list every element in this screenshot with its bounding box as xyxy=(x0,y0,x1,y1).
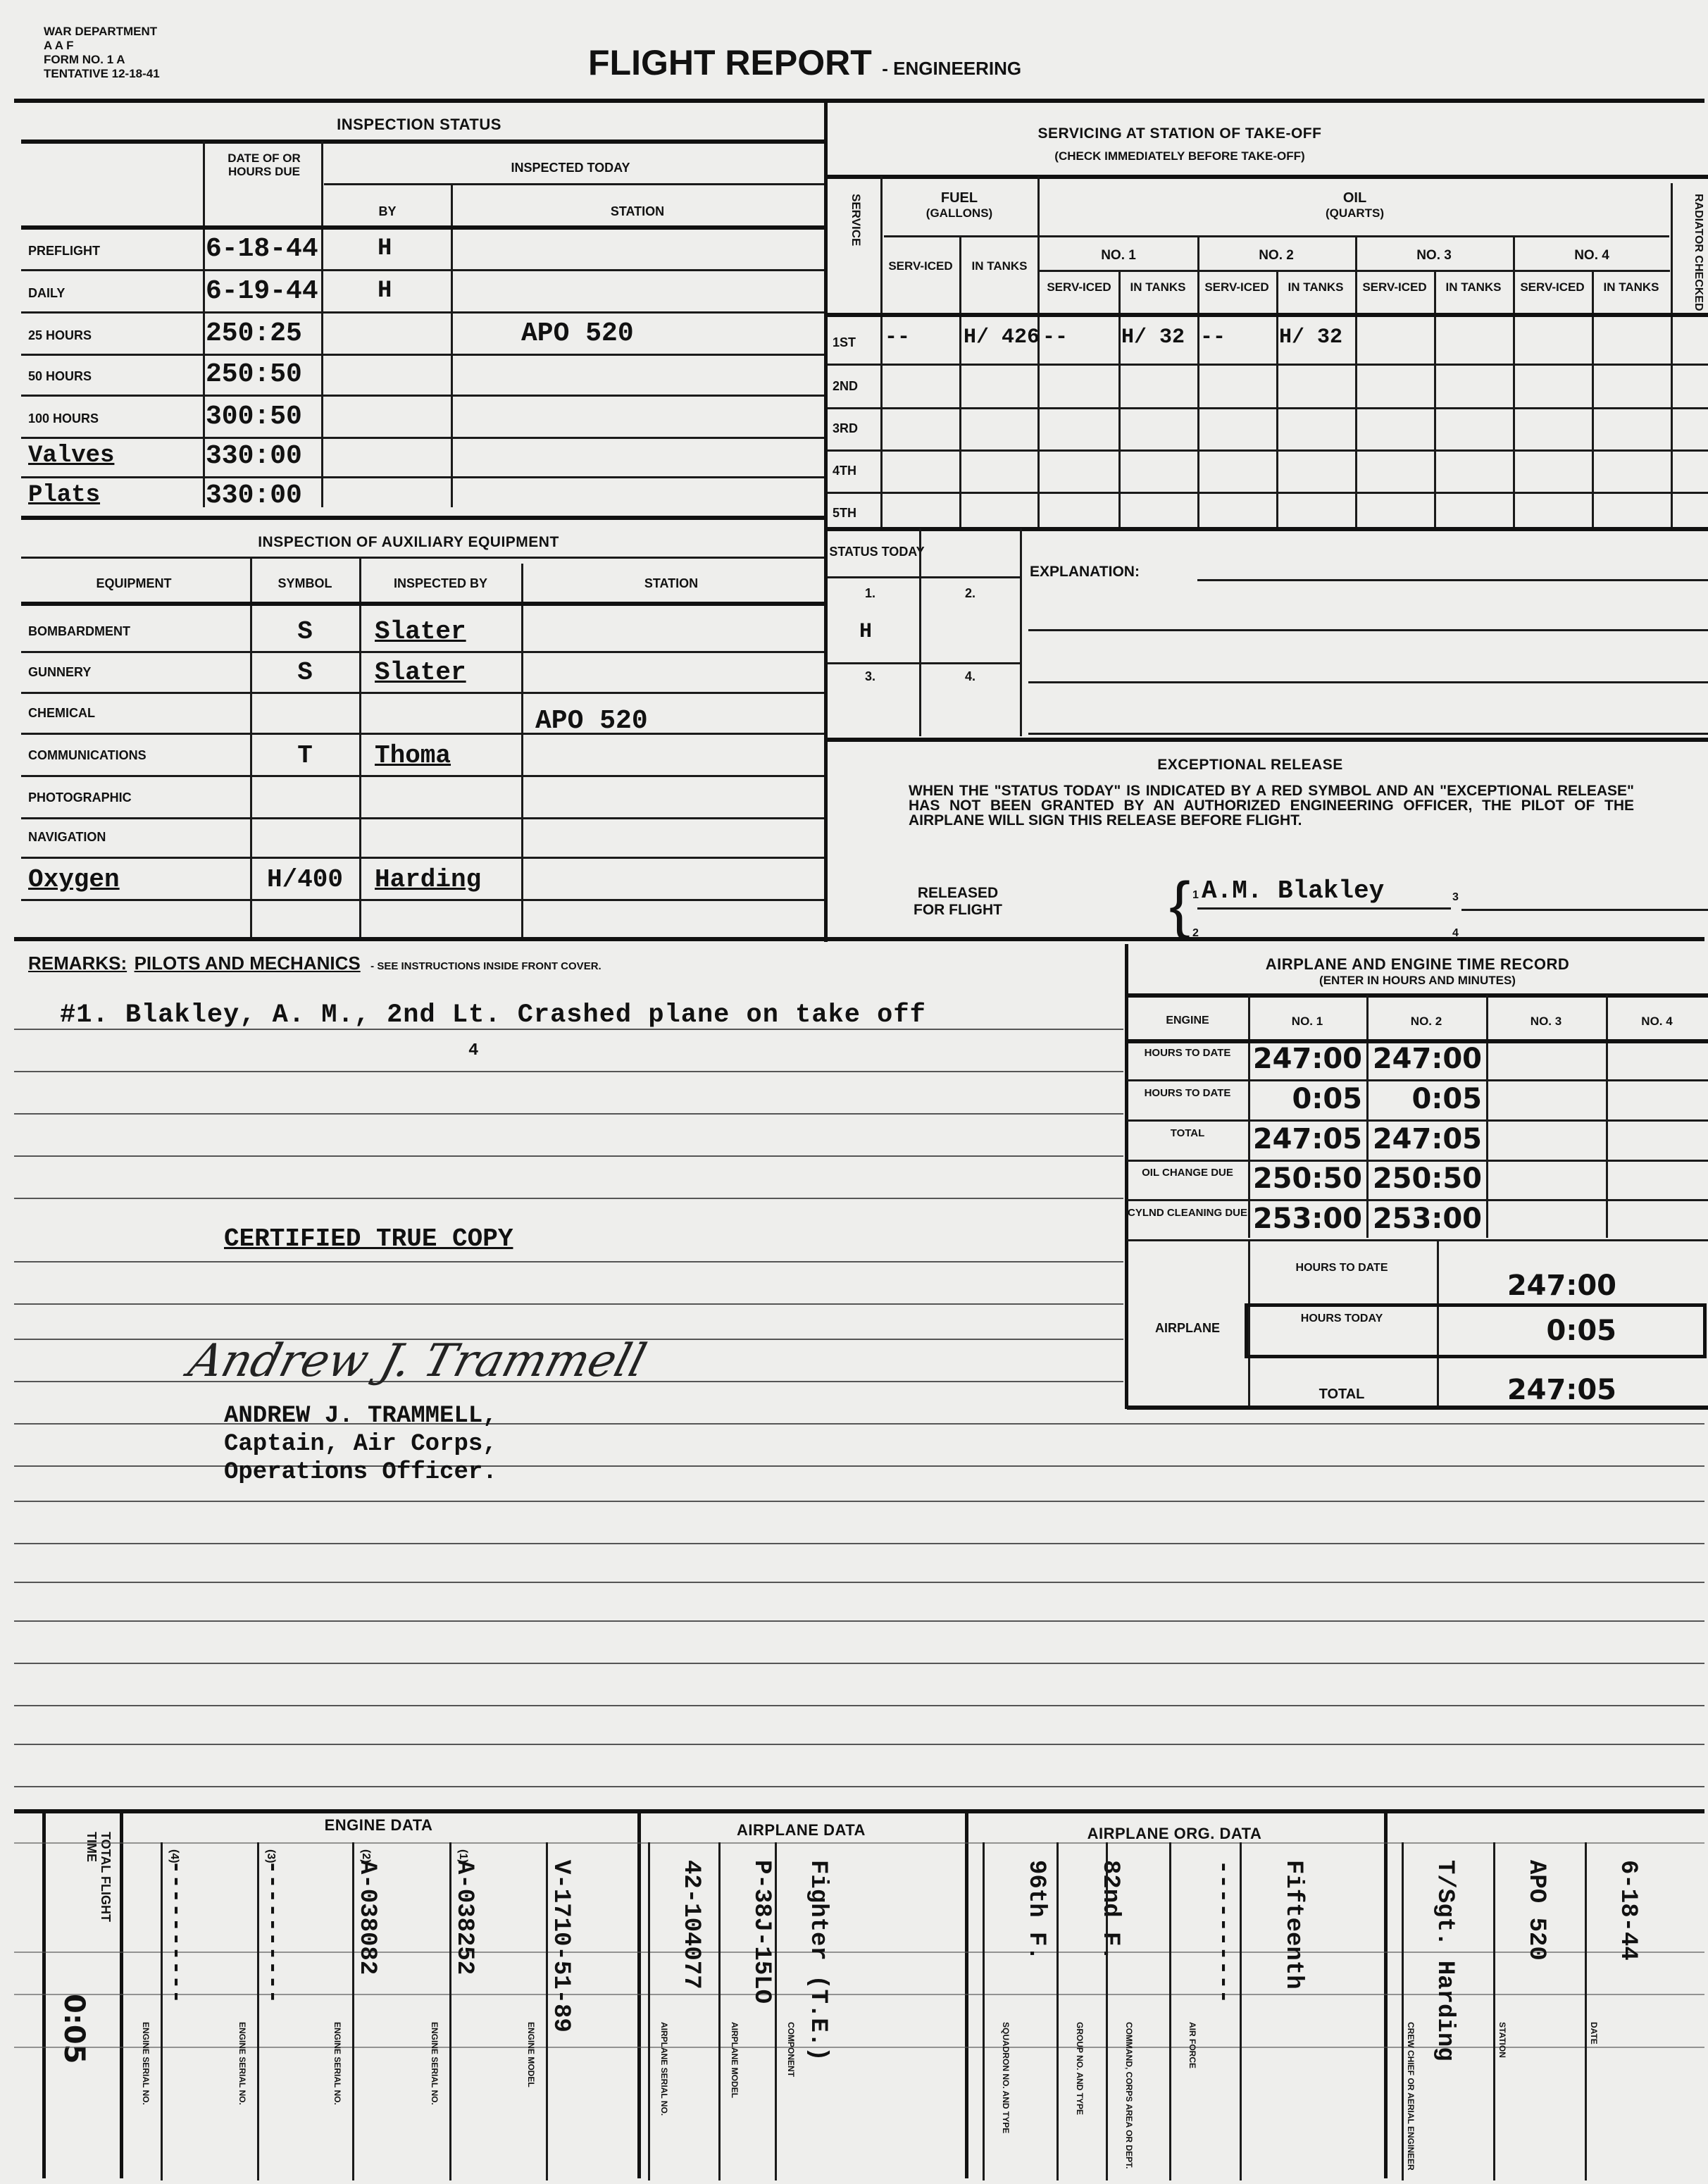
footer-col-label: ENGINE SERIAL NO. xyxy=(332,2022,342,2105)
engine-header: NO. 1 xyxy=(1248,1015,1366,1029)
inspection-row-by[interactable]: H xyxy=(378,278,392,304)
remarks-line-1: #1. Blakley, A. M., 2nd Lt. Crashed plan… xyxy=(60,1000,926,1030)
signer-title: Operations Officer. xyxy=(224,1458,497,1487)
fuel-unit: (GALLONS) xyxy=(882,206,1037,221)
footer-col-value[interactable]: V-1710-51-89 xyxy=(547,1860,574,2033)
airplane-label: AIRPLANE xyxy=(1127,1321,1248,1336)
signer-block: ANDREW J. TRAMMELL, Captain, Air Corps, … xyxy=(224,1402,497,1487)
auxiliary-title: INSPECTION OF AUXILIARY EQUIPMENT xyxy=(14,534,803,551)
footer-col-value[interactable]: ---------- xyxy=(1209,1860,1236,2004)
col-header-engine: ENGINE xyxy=(1127,1015,1248,1027)
footer-col-value[interactable]: ---------- xyxy=(258,1860,285,2004)
inspection-row-label: 25 HOURS xyxy=(28,328,92,343)
release-slot-1: 1 xyxy=(1192,889,1199,902)
oil-engine-header: NO. 3 xyxy=(1355,248,1513,263)
status-today-title: STATUS TODAY xyxy=(828,544,926,559)
time-cell[interactable]: 247:05 xyxy=(1371,1123,1482,1155)
time-cell[interactable]: 0:05 xyxy=(1252,1083,1362,1115)
inspection-row-due[interactable]: 250:25 xyxy=(206,318,302,349)
col-header-symbol: SYMBOL xyxy=(252,576,358,591)
branch: A A F xyxy=(44,39,160,53)
inspection-row-label: PREFLIGHT xyxy=(28,244,100,259)
engine-header: NO. 2 xyxy=(1366,1015,1486,1029)
aux-row-equipment: COMMUNICATIONS xyxy=(28,748,147,763)
aux-row-inspected-by[interactable]: Harding xyxy=(375,865,481,894)
oil-label: OIL xyxy=(1040,190,1670,206)
footer-col-value[interactable]: APO 520 xyxy=(1523,1860,1550,1961)
col-header-service: SERVICE xyxy=(849,194,863,246)
status-cell-1[interactable]: 1. xyxy=(865,586,875,601)
footer-col-label: ENGINE SERIAL NO. xyxy=(141,2022,151,2105)
inspection-row-label: 100 HOURS xyxy=(28,411,99,426)
col-header-by: BY xyxy=(324,204,451,219)
aux-row-inspected-by[interactable]: Slater xyxy=(375,617,466,646)
signer-rank: Captain, Air Corps, xyxy=(224,1430,497,1458)
footer-col-value[interactable]: 96th F. xyxy=(1023,1860,1049,1961)
oil-serviced-header: SERV-ICED xyxy=(1040,280,1118,294)
release-slot-4: 4 xyxy=(1452,927,1459,940)
time-row-label: TOTAL xyxy=(1127,1127,1248,1139)
time-record-title: AIRPLANE AND ENGINE TIME RECORD xyxy=(1127,955,1708,974)
time-cell[interactable]: 250:50 xyxy=(1252,1162,1362,1195)
service-cell-fuel-in-tanks[interactable]: H/ 426 xyxy=(964,325,1040,349)
inspection-row-station[interactable]: APO 520 xyxy=(521,318,634,349)
time-cell[interactable]: 253:00 xyxy=(1371,1203,1482,1235)
time-cell[interactable]: 247:00 xyxy=(1371,1043,1482,1075)
exceptional-release-title: EXCEPTIONAL RELEASE xyxy=(828,757,1673,774)
department: WAR DEPARTMENT xyxy=(44,25,160,39)
aux-row-equipment: Oxygen xyxy=(28,865,120,894)
time-row-label: HOURS TO DATE xyxy=(1127,1087,1248,1099)
time-cell[interactable]: 0:05 xyxy=(1371,1083,1482,1115)
col-header-inspected-today: INSPECTED TODAY xyxy=(324,161,817,175)
footer-col-label: ENGINE SERIAL NO. xyxy=(430,2022,440,2105)
aux-row-symbol[interactable]: H/400 xyxy=(252,865,358,894)
col-header-equipment: EQUIPMENT xyxy=(21,576,247,591)
engine-header: NO. 3 xyxy=(1486,1015,1606,1029)
service-cell-oil1-serviced[interactable]: -- xyxy=(1042,325,1068,349)
oil-serviced-header: SERV-ICED xyxy=(1513,280,1592,294)
inspection-row-due[interactable]: 250:50 xyxy=(206,359,302,390)
inspection-row-due[interactable]: 300:50 xyxy=(206,402,302,432)
servicing-title: SERVICING AT STATION OF TAKE-OFF xyxy=(828,125,1532,142)
time-row-label: HOURS TO DATE xyxy=(1127,1047,1248,1059)
inspection-row-due[interactable]: 6-19-44 xyxy=(206,276,318,306)
airplane-org-data-title: AIRPLANE ORG. DATA xyxy=(965,1825,1384,1843)
footer-col-value[interactable]: 6-18-44 xyxy=(1614,1860,1641,1961)
status-mark: H xyxy=(859,620,872,644)
release-slot-3: 3 xyxy=(1452,891,1459,904)
inspection-row-due[interactable]: 330:00 xyxy=(206,480,302,511)
service-row-label: 4TH xyxy=(833,464,856,478)
fuel-label: FUEL xyxy=(882,190,1037,206)
servicing-subtitle: (CHECK IMMEDIATELY BEFORE TAKE-OFF) xyxy=(828,149,1532,163)
time-cell[interactable]: 247:00 xyxy=(1252,1043,1362,1075)
footer-col-label: ENGINE MODEL xyxy=(526,2022,536,2087)
footer-col-label: ENGINE SERIAL NO. xyxy=(237,2022,247,2105)
airplane-hours-today[interactable]: 0:05 xyxy=(1440,1315,1616,1347)
oil-engine-header: NO. 4 xyxy=(1513,248,1671,263)
footer-col-value[interactable]: T/Sgt. Harding xyxy=(1431,1860,1458,2061)
fuel-in-tanks-header: IN TANKS xyxy=(961,259,1037,273)
service-row-label: 3RD xyxy=(833,421,858,436)
footer-col-label: DATE xyxy=(1589,2022,1599,2045)
footer-col-value[interactable]: P-38J-15LO xyxy=(748,1860,775,2004)
oil-serviced-header: SERV-ICED xyxy=(1197,280,1276,294)
service-cell-oil2-serviced[interactable]: -- xyxy=(1200,325,1226,349)
service-row-label: 2ND xyxy=(833,379,858,394)
remarks-mark: 4 xyxy=(468,1041,478,1060)
footer-col-label: COMMAND, CORPS AREA OR DEPT. xyxy=(1124,2022,1134,2169)
service-cell-fuel-serviced[interactable]: -- xyxy=(885,325,910,349)
oil-in-tanks-header: IN TANKS xyxy=(1434,280,1513,294)
certified-true-copy: CERTIFIED TRUE COPY xyxy=(224,1224,513,1253)
footer-col-value[interactable]: Fighter (T.E.) xyxy=(804,1860,831,2061)
airplane-total[interactable]: 247:05 xyxy=(1440,1374,1616,1406)
explanation-label: EXPLANATION: xyxy=(1030,564,1140,581)
status-cell-3[interactable]: 3. xyxy=(865,669,875,684)
inspection-row-label: Valves xyxy=(28,442,114,469)
fuel-header: FUEL (GALLONS) xyxy=(882,190,1037,221)
col-header-aux-station: STATION xyxy=(523,576,819,591)
airplane-hours-today-label: HOURS TODAY xyxy=(1250,1312,1433,1325)
footer-col-label: COMPONENT xyxy=(786,2022,796,2077)
aux-row-equipment: PHOTOGRAPHIC xyxy=(28,790,132,805)
airplane-total-label: TOTAL xyxy=(1250,1386,1433,1403)
oil-engine-header: NO. 1 xyxy=(1040,248,1197,263)
form-id-block: WAR DEPARTMENT A A F FORM NO. 1 A TENTAT… xyxy=(44,25,160,81)
oil-header: OIL (QUARTS) xyxy=(1040,190,1670,221)
footer-col-label: AIR FORCE xyxy=(1188,2022,1197,2068)
airplane-data-title: AIRPLANE DATA xyxy=(637,1821,965,1839)
time-row-label: OIL CHANGE DUE xyxy=(1127,1167,1248,1179)
service-cell-oil2-in-tanks[interactable]: H/ 32 xyxy=(1279,325,1342,349)
release-brace: { xyxy=(1169,874,1190,937)
total-flight-time-label: TOTAL FLIGHT TIME xyxy=(85,1832,113,1930)
footer-col-label: AIRPLANE SERIAL NO. xyxy=(659,2022,669,2116)
footer-col-label: CREW CHIEF OR AERIAL ENGINEER xyxy=(1406,2022,1416,2171)
footer-col-label: AIRPLANE MODEL xyxy=(730,2022,740,2098)
service-cell-oil1-in-tanks[interactable]: H/ 32 xyxy=(1121,325,1185,349)
time-cell[interactable]: 247:05 xyxy=(1252,1123,1362,1155)
aux-row-equipment: NAVIGATION xyxy=(28,830,106,845)
service-row-label: 1ST xyxy=(833,335,856,350)
footer-col-label: GROUP NO. AND TYPE xyxy=(1075,2022,1085,2115)
time-row-label: CYLND CLEANING DUE xyxy=(1127,1207,1248,1219)
col-header-radiator: RADIATOR CHECKED xyxy=(1692,194,1704,311)
col-header-inspected-by: INSPECTED BY xyxy=(361,576,520,591)
inspection-row-due[interactable]: 6-18-44 xyxy=(206,234,318,264)
aux-row-equipment: BOMBARDMENT xyxy=(28,624,130,639)
remarks-header: REMARKS: PILOTS AND MECHANICS - SEE INST… xyxy=(28,953,601,974)
inspection-status-title: INSPECTION STATUS xyxy=(14,116,824,134)
oil-in-tanks-header: IN TANKS xyxy=(1118,280,1197,294)
inspection-row-label: DAILY xyxy=(28,286,65,301)
inspection-row-label: 50 HOURS xyxy=(28,369,92,384)
total-flight-time[interactable]: 0:05 xyxy=(58,1994,90,2064)
footer-col-value[interactable]: 42-104077 xyxy=(678,1860,704,1990)
aux-row-equipment: CHEMICAL xyxy=(28,706,95,721)
remarks-label-2: PILOTS AND MECHANICS xyxy=(135,953,361,974)
footer-col-value[interactable]: A-038252 xyxy=(451,1860,478,1975)
page-subtitle: - ENGINEERING xyxy=(882,58,1021,79)
status-cell-2[interactable]: 2. xyxy=(965,586,975,601)
aux-row-symbol[interactable]: S xyxy=(252,617,358,646)
footer-col-value[interactable]: ---------- xyxy=(162,1860,189,2004)
release-slot-2: 2 xyxy=(1192,927,1199,940)
airplane-hours-to-date-label: HOURS TO DATE xyxy=(1250,1261,1433,1274)
remarks-instructions: - SEE INSTRUCTIONS INSIDE FRONT COVER. xyxy=(370,960,601,972)
release-signature-1[interactable]: A.M. Blakley xyxy=(1202,876,1384,905)
footer-col-label: STATION xyxy=(1497,2022,1507,2058)
time-record-subtitle: (ENTER IN HOURS AND MINUTES) xyxy=(1127,974,1708,987)
form-revision: TENTATIVE 12-18-41 xyxy=(44,67,160,81)
oil-engine-header: NO. 2 xyxy=(1197,248,1355,263)
remarks-label: REMARKS: xyxy=(28,953,127,974)
aux-row-equipment: GUNNERY xyxy=(28,665,91,680)
inspection-row-by[interactable]: H xyxy=(378,235,392,262)
oil-in-tanks-header: IN TANKS xyxy=(1592,280,1671,294)
form-number: FORM NO. 1 A xyxy=(44,53,160,67)
time-cell[interactable]: 253:00 xyxy=(1252,1203,1362,1235)
aux-row-inspected-by[interactable]: Thoma xyxy=(375,741,451,770)
oil-unit: (QUARTS) xyxy=(1040,206,1670,221)
service-row-label: 5TH xyxy=(833,506,856,521)
airplane-hours-to-date[interactable]: 247:00 xyxy=(1440,1270,1616,1302)
page-title-block: FLIGHT REPORT - ENGINEERING xyxy=(588,42,1021,83)
footer-col-label: SQUADRON NO. AND TYPE xyxy=(1001,2022,1011,2133)
footer-col-value[interactable]: 82nd F. xyxy=(1097,1860,1123,1961)
oil-serviced-header: SERV-ICED xyxy=(1355,280,1434,294)
aux-row-inspected-by[interactable]: Slater xyxy=(375,658,466,687)
released-for-flight-label: RELEASED FOR FLIGHT xyxy=(902,885,1014,919)
certifier-signature: Andrew J. Trammell xyxy=(183,1335,652,1387)
engine-data-title: ENGINE DATA xyxy=(120,1816,637,1835)
footer-col-value[interactable]: A-038082 xyxy=(354,1860,380,1975)
signer-name: ANDREW J. TRAMMELL, xyxy=(224,1402,497,1430)
aux-row-station[interactable]: APO 520 xyxy=(535,706,648,736)
page-title: FLIGHT REPORT xyxy=(588,43,872,82)
aux-row-symbol[interactable]: S xyxy=(252,658,358,687)
fuel-serviced-header: SERV-ICED xyxy=(882,259,959,273)
oil-in-tanks-header: IN TANKS xyxy=(1276,280,1355,294)
inspection-row-label: Plats xyxy=(28,482,100,509)
status-cell-4[interactable]: 4. xyxy=(965,669,975,684)
footer-col-value[interactable]: Fifteenth xyxy=(1280,1860,1307,1990)
col-header-station: STATION xyxy=(451,204,824,219)
col-header-due: DATE OF OR HOURS DUE xyxy=(211,151,317,178)
time-cell[interactable]: 250:50 xyxy=(1371,1162,1482,1195)
aux-row-symbol[interactable]: T xyxy=(252,741,358,770)
exceptional-release-text: WHEN THE "STATUS TODAY" IS INDICATED BY … xyxy=(909,783,1634,828)
inspection-row-due[interactable]: 330:00 xyxy=(206,441,302,471)
engine-header: NO. 4 xyxy=(1606,1015,1708,1029)
